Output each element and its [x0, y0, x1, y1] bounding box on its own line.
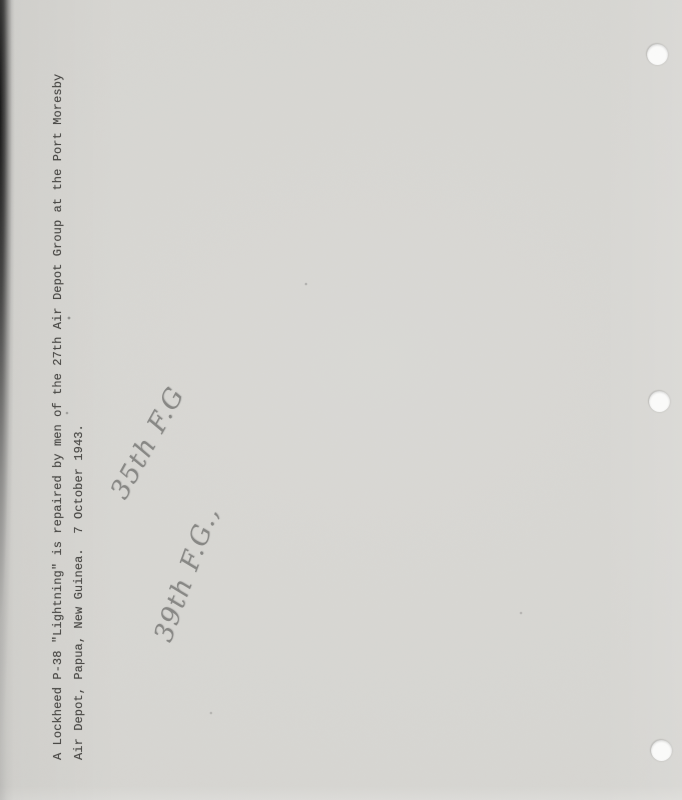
handwritten-note-part-2: 35th F.G [105, 382, 191, 505]
typed-caption-line-1: A Lockheed P-38 "Lightning" is repaired … [48, 80, 69, 760]
paper-grain-texture [0, 0, 682, 800]
paper-specks [0, 0, 2, 2]
scanned-document-page: A Lockheed P-38 "Lightning" is repaired … [0, 0, 682, 800]
punch-hole-top [647, 44, 668, 65]
paper-tone-overlay [0, 0, 682, 800]
punch-hole-middle [649, 391, 670, 412]
typed-caption: A Lockheed P-38 "Lightning" is repaired … [48, 80, 92, 760]
punch-hole-bottom [651, 740, 672, 761]
scan-edge-shadow [0, 0, 682, 800]
handwritten-note-part-1: 39th F.G., [149, 502, 226, 646]
typed-caption-line-2: Air Depot, Papua, New Guinea. 7 October … [69, 80, 90, 760]
